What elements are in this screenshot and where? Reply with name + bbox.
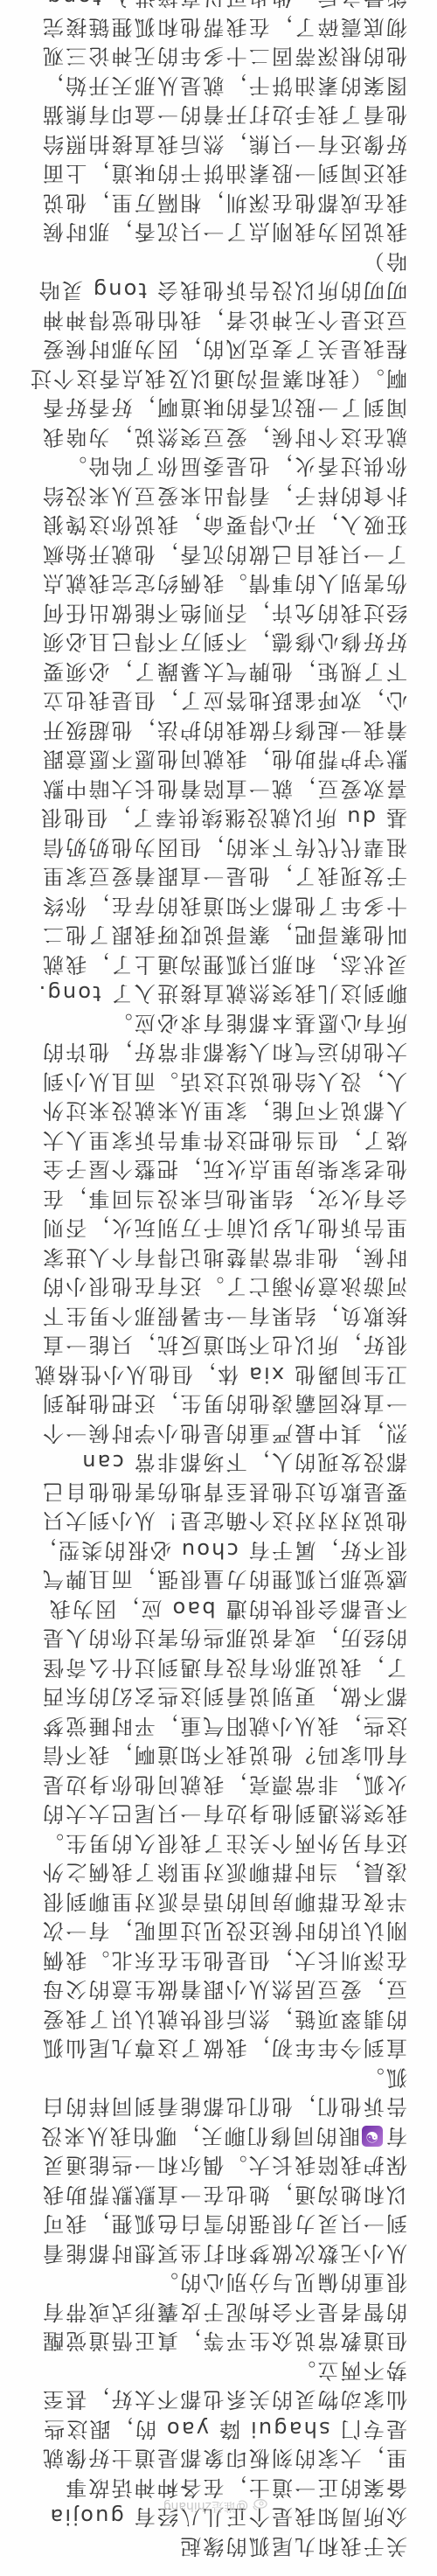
watermark-handle: @谁是zhihang: [163, 2491, 248, 2521]
paragraph-4: 直到今年年初，我做了这尊九尾仙狐的翡翠项链，然后很快就认识了我爱豆，爱豆居然从小…: [28, 1008, 407, 2063]
paragraph-7: 我说因为我刚点了一只沉香，那时候我在成都他在深圳，相隔万里，他说我还闻到一股素油…: [28, 0, 407, 247]
rotated-page: 关于我和九尾狐的缘起 @谁是zhihang 众所周知我是个正儿八经有 guoji…: [0, 0, 437, 2576]
weibo-logo-icon: [252, 2499, 267, 2511]
paragraph-2: 但道教常说众生平等，真正悟道觉醒的智者是不会拘泥于皮囊形式或带有很重的偏见与分别…: [28, 2267, 407, 2356]
article-title: 关于我和九尾狐的缘起: [28, 2531, 407, 2561]
paragraph-3: 从小无数次做梦和打坐冥想时都能看到一只灵力很强的雪白色狐狸，我可以和她沟通，她也…: [28, 2063, 407, 2268]
watermark: @谁是zhihang: [163, 2491, 267, 2521]
paragraph-6: 就在这个时候，爱豆突然说，为啥我闻到了一股沉香的味道啊，好香好香啊。（我和寨哥沟…: [28, 247, 407, 452]
paragraph-5: 聊到这儿我突然就直接进入了 tong.灵状态，和那只狐狸沟通上了，我就叫他寨哥吧…: [28, 451, 407, 1008]
article: 关于我和九尾狐的缘起 @谁是zhihang 众所周知我是个正儿八经有 guoji…: [28, 0, 407, 2560]
paragraph-3-text: 从小无数次做梦和打坐冥想时都能看到一只灵力很强的雪白色狐狸，我可以和她沟通，她也…: [39, 2065, 407, 2266]
yin-yang-emoji-icon: [362, 2126, 383, 2147]
